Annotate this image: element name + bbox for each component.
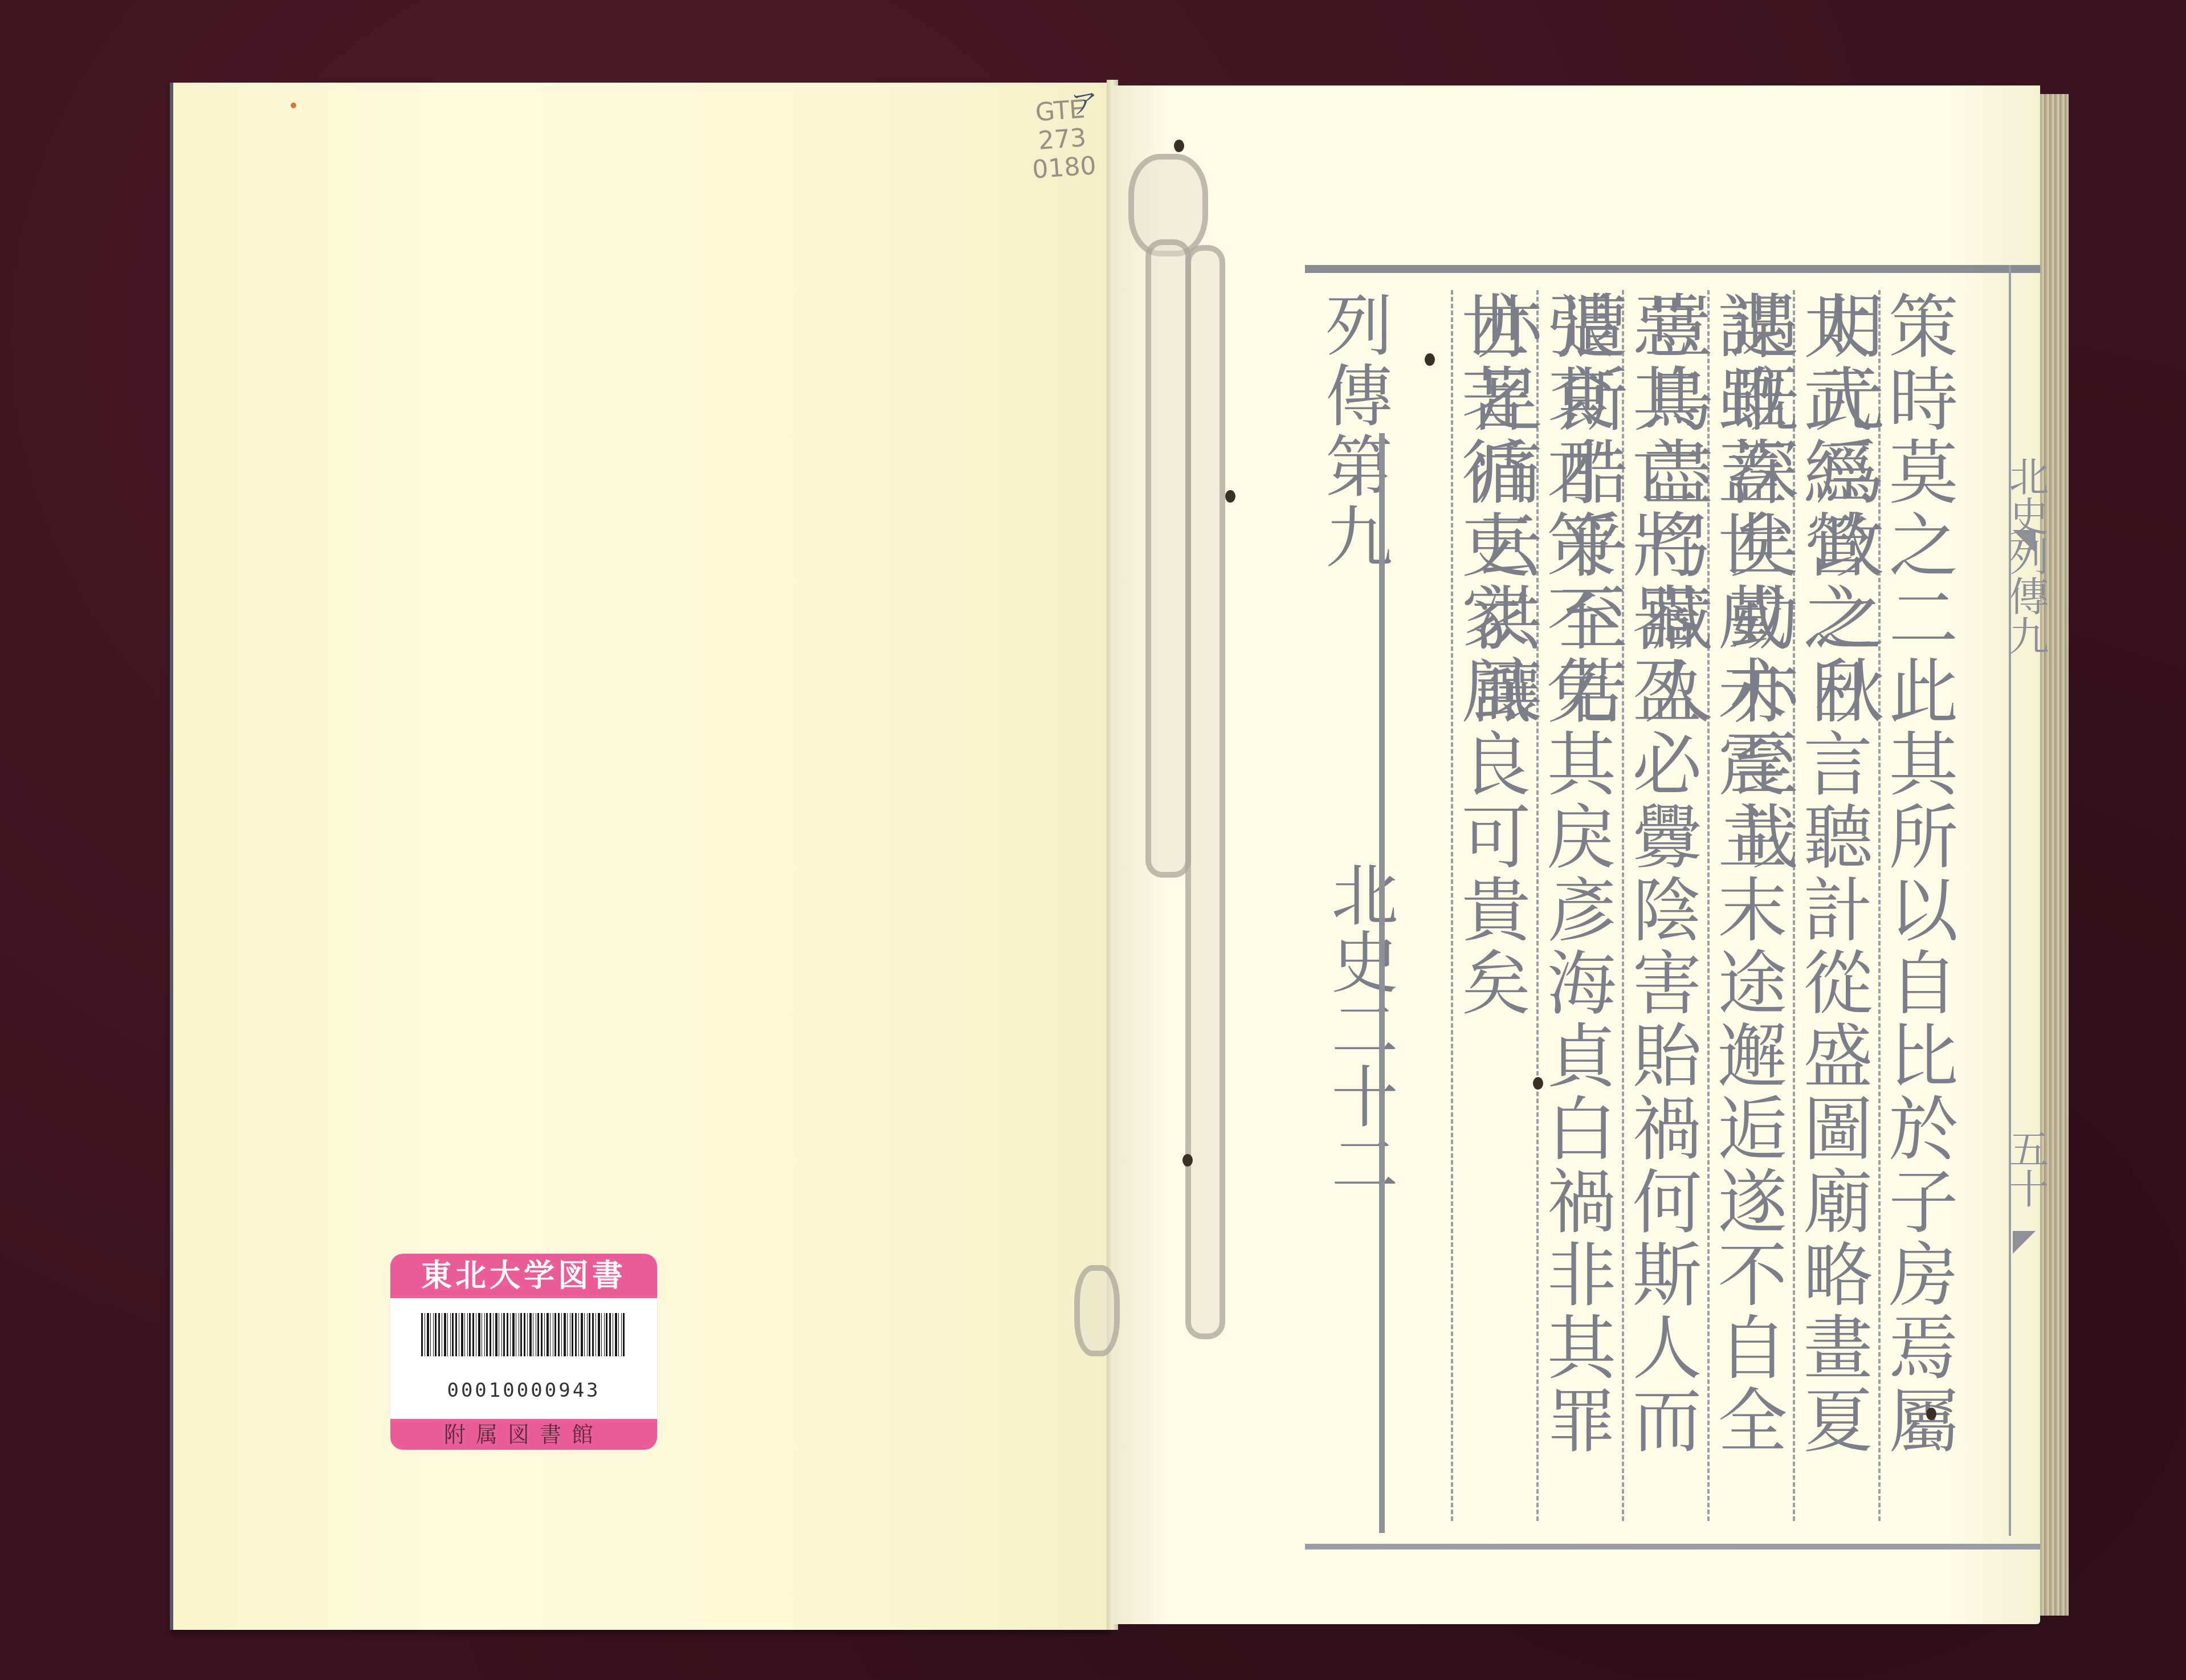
volume-label: 北史二十二 [1322,860,1396,1196]
text-column-6: 世著循吏家風良可貴矣 [1451,290,1527,1521]
text-column-3: 謀雖蓋世威未震主末途邂逅遂不自全豈鳥盡弓藏人 [1707,290,1784,1521]
barcode-icon [421,1313,626,1356]
binding-damage [1074,1265,1120,1356]
label-footer: 附属図書館 [390,1419,657,1450]
column-rule [1379,433,1385,1533]
call-number-line-3: 0180 [1031,152,1097,185]
label-header: 東北大学図書 [390,1254,657,1298]
call-number-mark: ア [1070,89,1099,119]
binding-damage [1145,239,1191,878]
banxin-page-number: 五十 [2012,1128,2040,1208]
binding-damage [1185,245,1225,1339]
barcode-number: 00010000943 [390,1379,657,1402]
pencil-call-number: GTE 273 0180 ア [1027,95,1097,184]
banxin-title: 北史列傳九 [2012,456,2040,655]
wormhole [1174,140,1184,152]
paper-stain [291,103,296,108]
wormhole [1425,353,1435,366]
text-column-5: 張袞才策不免其戾彥海貞白禍非其罪亦足痛云洪讓 [1536,290,1613,1521]
woodblock-text-frame: 策時莫之二此其所以自比於子房焉屬明元爲政之秋 太武經營之日言聽計從盛圖廟略畫夏遇… [1305,265,2040,1549]
text-column-1: 策時莫之二此其所以自比於子房焉屬明元爲政之秋 [1878,290,1955,1521]
wormhole [1182,1154,1193,1167]
wormhole [1926,1408,1936,1420]
fishtail-mark-icon [2013,1231,2036,1254]
text-column-4: 惡其亡將器盈必釁陰害貽禍何斯人而遭斯酷乎至若 [1622,290,1698,1521]
wormhole [1533,1077,1543,1090]
library-barcode-label: 東北大学図書 00010000943 附属図書館 [390,1254,657,1450]
text-column-2: 太武經營之日言聽計從盛圖廟略畫夏遇既深矣勤亦至哉 [1793,290,1869,1521]
page-edges [2040,94,2069,1616]
wormhole [1225,490,1235,503]
